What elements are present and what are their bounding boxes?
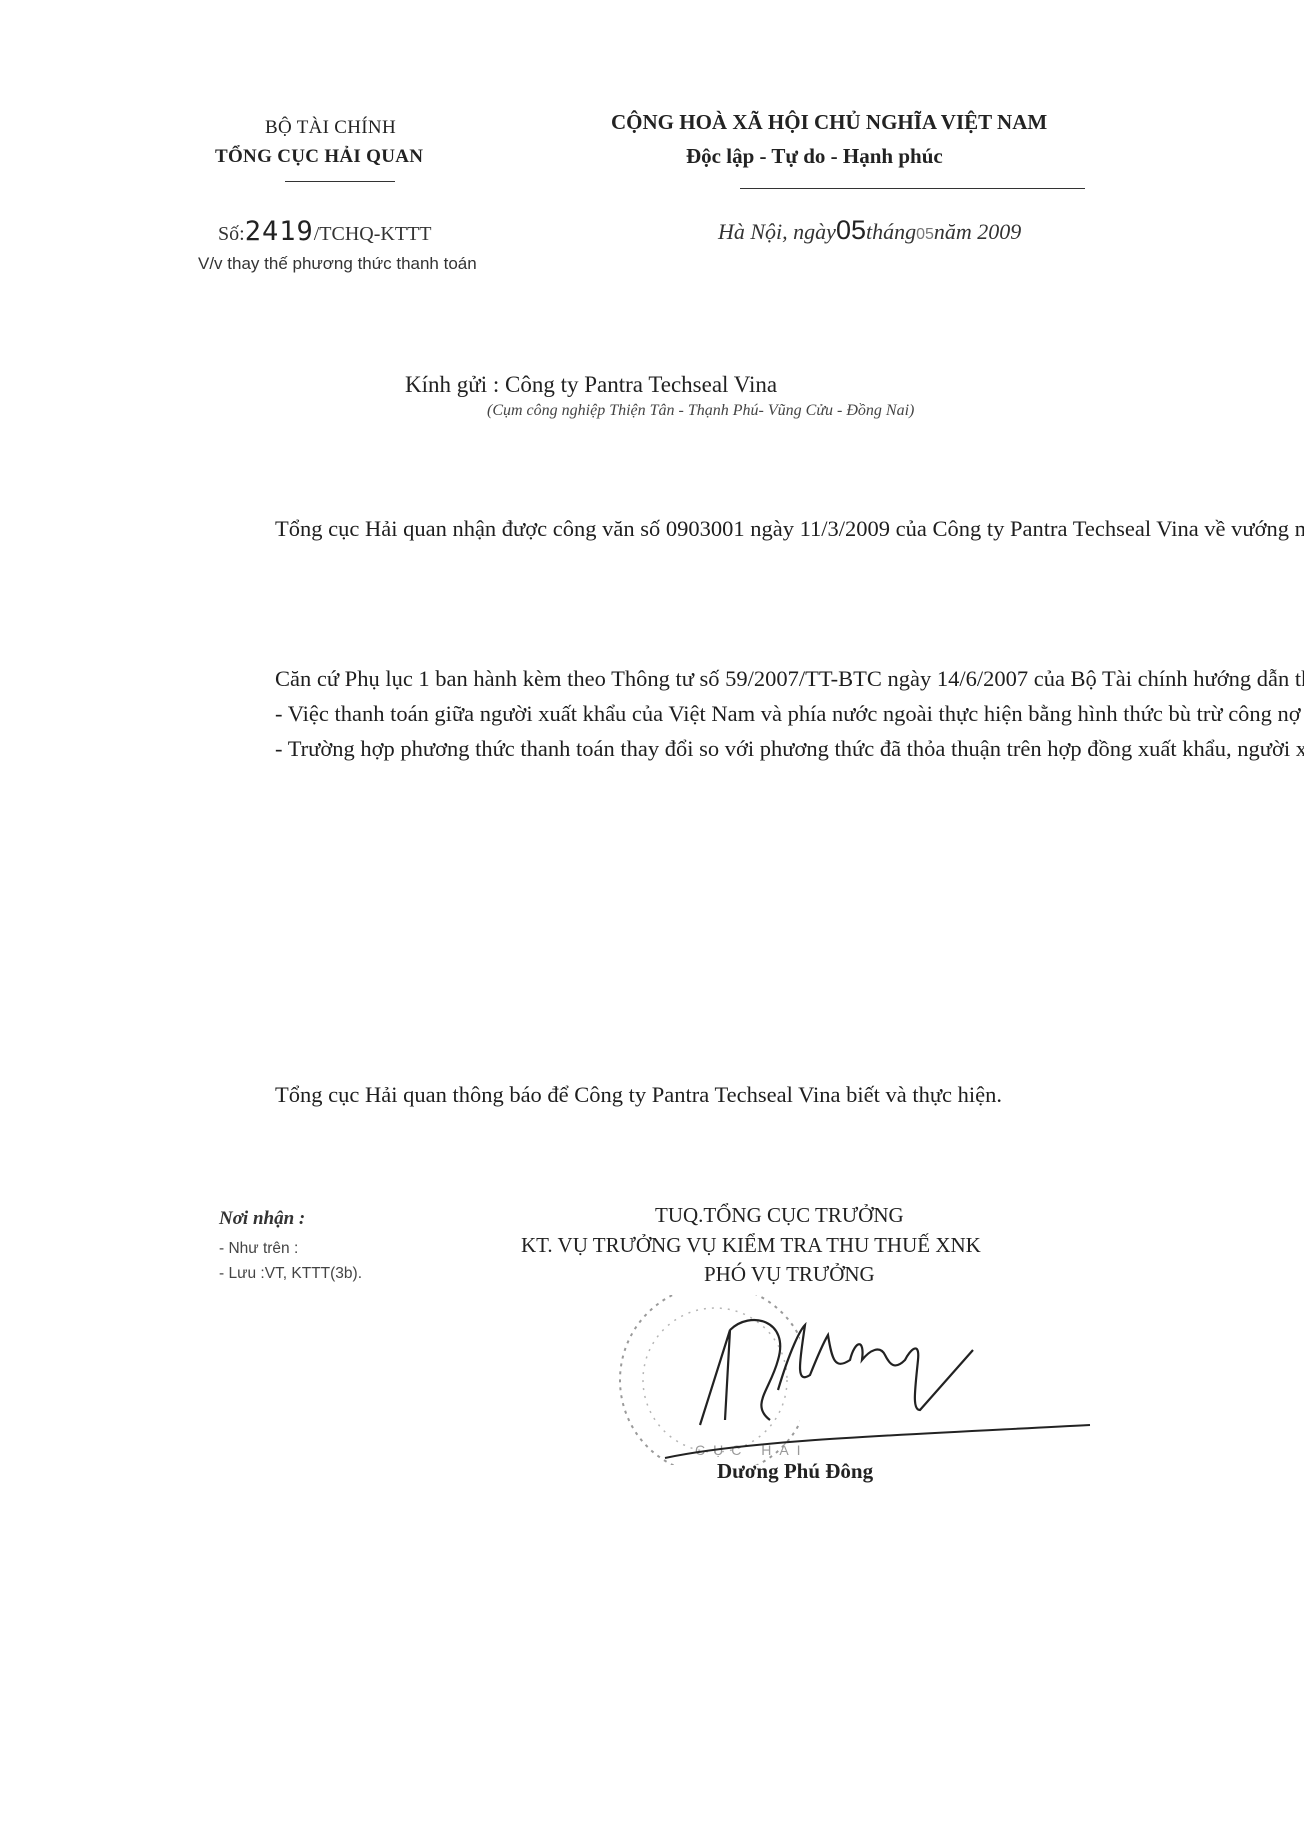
agency-underline [285, 181, 395, 182]
document-date: Hà Nội, ngày05tháng05năm 2009 [718, 215, 1021, 246]
date-month-label: tháng [866, 219, 916, 244]
nation-title: CỘNG HOÀ XÃ HỘI CHỦ NGHĨA VIỆT NAM [611, 110, 1047, 135]
handwritten-signature-icon [600, 1290, 1100, 1465]
recipients-title: Nơi nhận : [219, 1208, 305, 1230]
number-value: 2419 [245, 216, 314, 247]
date-day: 05 [836, 215, 866, 245]
paragraph-closing: Tổng cục Hải quan thông báo để Công ty P… [195, 1077, 1130, 1112]
national-motto: Độc lập - Tự do - Hạnh phúc [686, 144, 943, 169]
agency-name: TỔNG CỤC HẢI QUAN [215, 146, 423, 168]
signature-title-1: TUQ.TỔNG CỤC TRƯỞNG [655, 1203, 904, 1228]
body-section-3: Tổng cục Hải quan thông báo để Công ty P… [195, 1077, 1130, 1112]
date-place: Hà Nội, ngày [718, 219, 836, 244]
salutation: Kính gửi : Công ty Pantra Techseal Vina [405, 372, 777, 398]
recipient-item: - Lưu :VT, KTTT(3b). [219, 1265, 362, 1283]
recipient-address: (Cụm công nghiệp Thiện Tân - Thạnh Phú- … [487, 402, 914, 420]
date-year: năm 2009 [934, 219, 1021, 244]
signature-title-3: PHÓ VỤ TRƯỞNG [704, 1262, 875, 1287]
recipient-item: - Như trên : [219, 1240, 298, 1258]
date-month: 05 [916, 226, 934, 243]
body-section-1: Tổng cục Hải quan nhận được công văn số … [195, 511, 1130, 546]
signer-name: Dương Phú Đông [717, 1459, 873, 1484]
paragraph-intro: Tổng cục Hải quan nhận được công văn số … [195, 511, 1130, 546]
paragraph-legal-basis: Căn cứ Phụ lục 1 ban hành kèm theo Thông… [195, 661, 1130, 696]
motto-underline [740, 188, 1085, 189]
body-section-2: Căn cứ Phụ lục 1 ban hành kèm theo Thông… [195, 661, 1130, 766]
number-prefix: Số: [218, 223, 245, 245]
document-number: Số:2419/TCHQ-KTTT [218, 216, 431, 247]
paragraph-point-2: - Trường hợp phương thức thanh toán thay… [195, 731, 1130, 766]
paragraph-point-1: - Việc thanh toán giữa người xuất khẩu c… [195, 696, 1130, 731]
document-subject: V/v thay thế phương thức thanh toán [198, 254, 477, 274]
signature-title-2: KT. VỤ TRƯỞNG VỤ KIỂM TRA THU THUẾ XNK [521, 1233, 981, 1258]
ministry-name: BỘ TÀI CHÍNH [265, 117, 396, 139]
number-suffix: /TCHQ-KTTT [314, 223, 432, 245]
